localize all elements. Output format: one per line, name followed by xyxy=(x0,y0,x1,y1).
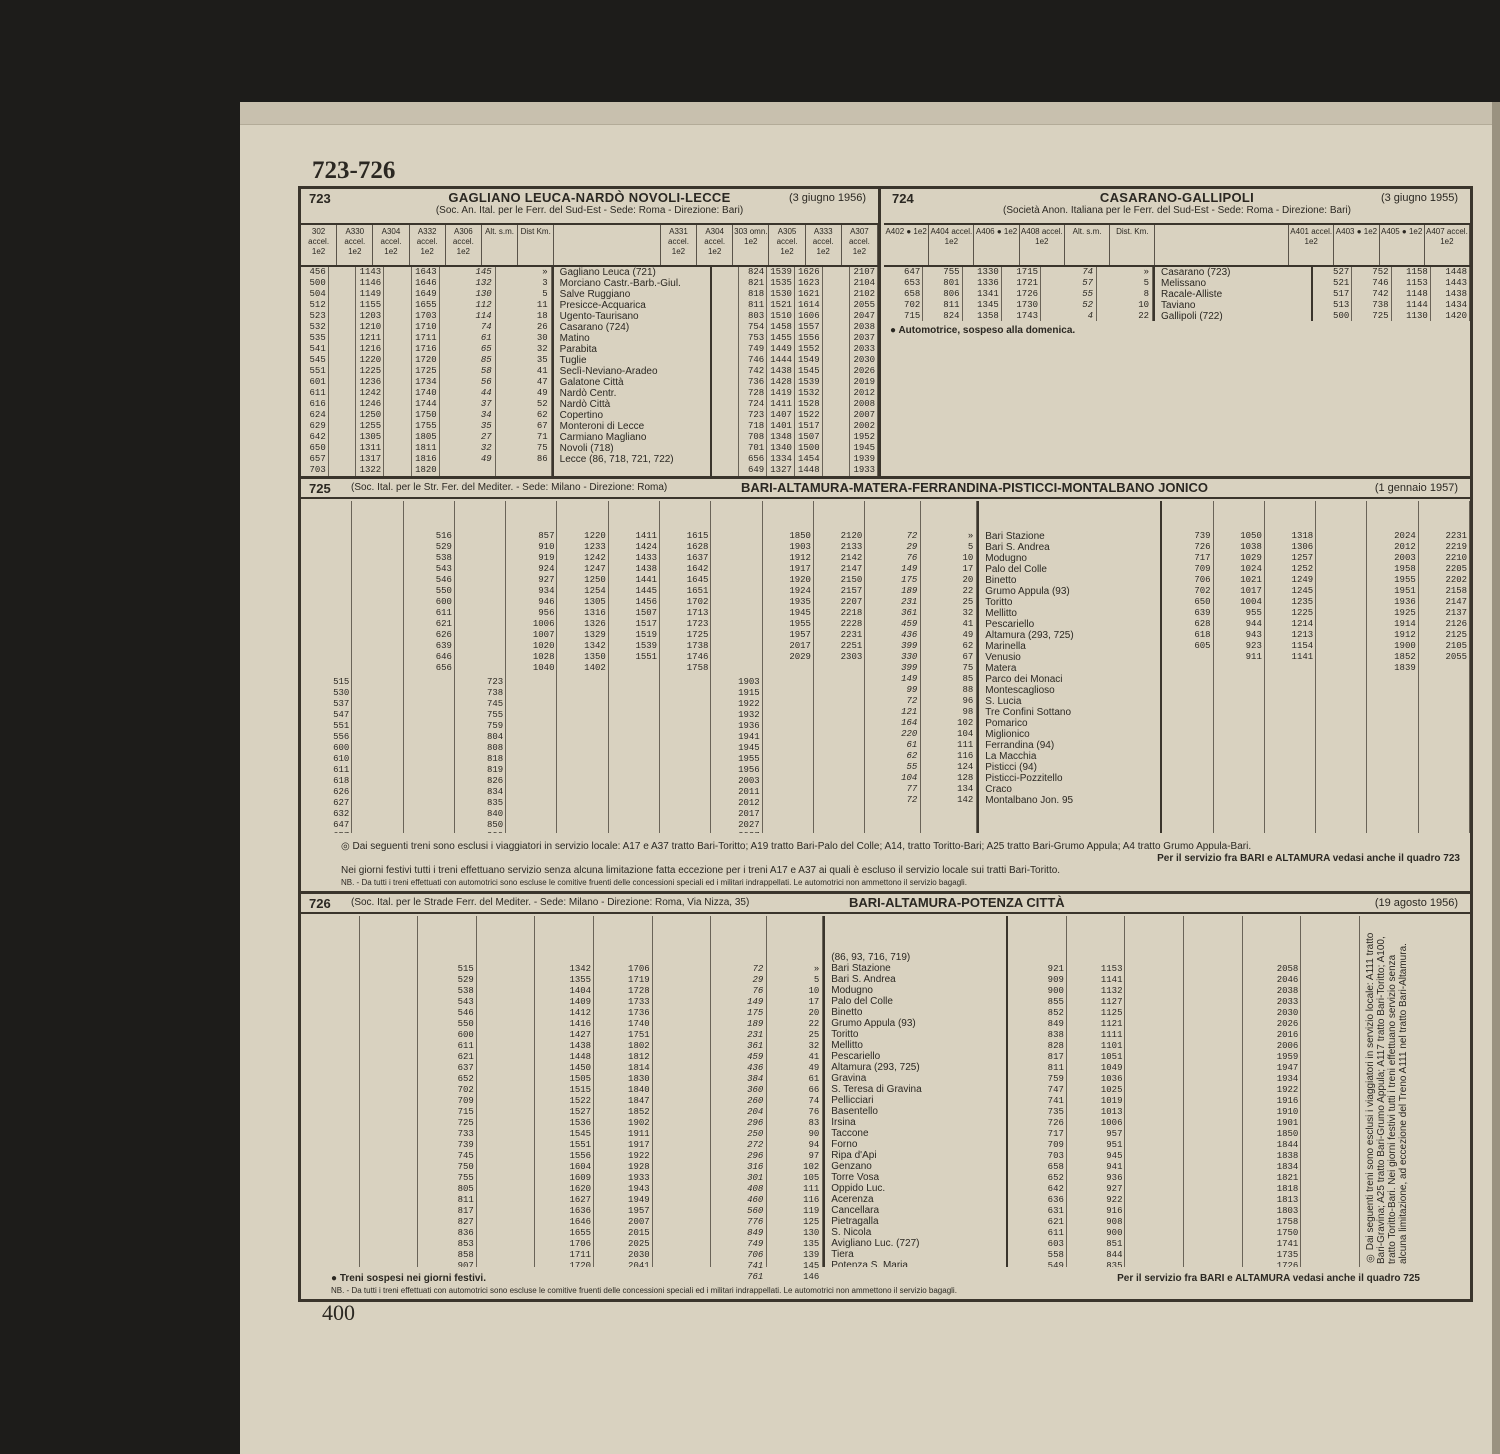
table-operator: (Soc. Ital. per le Str. Fer. del Mediter… xyxy=(351,482,667,493)
note-nb: NB. - Da tutti i treni effettuati con au… xyxy=(341,877,1460,889)
page-top-edge xyxy=(240,102,1500,125)
table-operator: (Soc. An. Ital. per le Ferr. del Sud-Est… xyxy=(301,205,878,216)
times-A101 xyxy=(360,916,419,1267)
table-date: (1 gennaio 1957) xyxy=(1375,482,1458,494)
col-header: A401 accel. 1e2 xyxy=(1289,225,1334,265)
times-A4: 739 726 717 709 706 702 650 639 628 618 … xyxy=(1162,501,1213,833)
times-A120 xyxy=(1301,916,1360,1267)
altitude-col: 145 132 130 112 114 74 61 65 85 58 56 44… xyxy=(440,267,496,476)
col-header: 302 accel. 1e2 xyxy=(301,225,337,265)
times-A306: 1643 1646 1649 1655 1703 1710 1711 1716 … xyxy=(412,267,440,476)
times-A107 xyxy=(477,916,536,1267)
table-725-header: 725 (Soc. Ital. per le Str. Fer. del Med… xyxy=(301,479,1470,499)
page-spine-edge xyxy=(1492,102,1500,1454)
times-A304: 1143 1146 1149 1155 1203 1210 1211 1216 … xyxy=(356,267,384,476)
times-A7: 723 738 745 755 759 804 808 818 819 826 … xyxy=(455,501,506,833)
times-A118: 2058 2046 2038 2033 2030 2026 2016 2006 … xyxy=(1243,916,1302,1267)
table-date: (3 giugno 1955) xyxy=(1381,192,1458,204)
col-header-stations xyxy=(554,225,661,265)
table-operator: (Società Anon. Italiana per le Ferr. del… xyxy=(884,205,1470,216)
col-header: A332 accel. 1e2 xyxy=(410,225,446,265)
times-A33: 1615 1628 1637 1642 1645 1651 1702 1713 … xyxy=(660,501,711,833)
col-header: A408 accel. 1e2 xyxy=(1020,225,1065,265)
times-A307: 2107 2104 2102 2055 2047 2038 2037 2033 … xyxy=(850,267,878,476)
col-header: A306 accel. 1e2 xyxy=(446,225,482,265)
column-headers: 302 accel. 1e2 A330 accel. 1e2 A304 acce… xyxy=(301,225,878,267)
timetable-page: 723-726 723 GAGLIANO LEUCA-NARDÒ NOVOLI-… xyxy=(240,102,1500,1454)
table-724: 724 CASARANO-GALLIPOLI (Società Anon. It… xyxy=(884,189,1470,339)
distance-col: » 5 8 10 22 xyxy=(1097,267,1153,321)
altitude-col: 72 29 76 149 175 189 231 361 459 436 399… xyxy=(865,501,921,833)
col-header: A406 ● 1e2 xyxy=(974,225,1019,265)
times-302: 456 500 504 512 523 532 535 541 545 551 … xyxy=(301,267,329,476)
col-header: Alt. s.m. xyxy=(482,225,518,265)
times-A119 xyxy=(653,916,712,1267)
table-operator: (Soc. Ital. per le Strade Ferr. del Medi… xyxy=(351,897,749,908)
times-A332 xyxy=(384,267,412,476)
times-A22: 1318 1306 1257 1252 1249 1245 1235 1225 … xyxy=(1265,501,1316,833)
times-A1: 515 530 537 547 551 556 600 610 611 618 … xyxy=(301,501,352,833)
note-cross-reference: Per il servizio fra BARI e ALTAMURA veda… xyxy=(1117,1273,1420,1285)
times-A103 xyxy=(301,916,360,1267)
col-header: A305 accel. 1e2 xyxy=(769,225,805,265)
times-A25: 1411 1424 1433 1438 1441 1445 1456 1507 … xyxy=(609,501,660,833)
table-726: 726 (Soc. Ital. per le Strade Ferr. del … xyxy=(301,894,1470,1299)
station-list: (86, 93, 716, 719) Bari Stazione Bari S.… xyxy=(823,916,1008,1267)
times-A30 xyxy=(1316,501,1367,833)
note-local-service: ◎ Dai seguenti treni sono esclusi i viag… xyxy=(341,841,1460,853)
times-A402: 647 653 658 702 715 xyxy=(884,267,923,321)
timetable-frame: 723 GAGLIANO LEUCA-NARDÒ NOVOLI-LECCE (S… xyxy=(298,186,1473,1302)
times-A331 xyxy=(712,267,740,476)
times-A330 xyxy=(329,267,357,476)
col-header: A330 accel. 1e2 xyxy=(337,225,373,265)
times-A37: 1850 1903 1912 1917 1920 1924 1935 1945 … xyxy=(763,501,814,833)
times-438: 2231 2219 2210 2205 2202 2158 2147 2137 … xyxy=(1419,501,1470,833)
times-A305: 1626 1623 1621 1614 1606 1557 1556 1552 … xyxy=(795,267,823,476)
times-A304r: 824 821 818 811 803 754 753 749 746 742 … xyxy=(739,267,767,476)
table-723: 723 GAGLIANO LEUCA-NARDÒ NOVOLI-LECCE (S… xyxy=(301,189,881,476)
table-title: BARI-ALTAMURA-MATERA-FERRANDINA-PISTICCI… xyxy=(741,480,1208,495)
timetable-grid: 647 653 658 702 715 755 801 806 811 824 … xyxy=(884,267,1470,321)
times-A45: 2120 2133 2142 2147 2150 2157 2207 2218 … xyxy=(814,501,865,833)
altitude-col: 72 29 76 149 175 189 231 361 459 436 384… xyxy=(711,916,767,1267)
col-header: A333 accel. 1e2 xyxy=(806,225,842,265)
table-726-header: 726 (Soc. Ital. per le Strade Ferr. del … xyxy=(301,894,1470,914)
times-A117: 1706 1719 1728 1733 1736 1740 1751 1802 … xyxy=(594,916,653,1267)
times-A333 xyxy=(823,267,851,476)
col-header: A307 accel. 1e2 xyxy=(842,225,878,265)
table-date: (19 agosto 1956) xyxy=(1375,897,1458,909)
col-header: A304 accel. 1e2 xyxy=(697,225,733,265)
timetable-grid: 515 529 538 543 546 550 600 611 621 637 … xyxy=(301,916,1360,1267)
times-A105: 515 529 538 543 546 550 600 611 621 637 … xyxy=(418,916,477,1267)
times-A406: 1330 1336 1341 1345 1358 xyxy=(963,267,1002,321)
table-723-header: 723 GAGLIANO LEUCA-NARDÒ NOVOLI-LECCE (S… xyxy=(301,189,878,225)
col-header: Alt. s.m. xyxy=(1065,225,1110,265)
timetable-grid: 456 500 504 512 523 532 535 541 545 551 … xyxy=(301,267,878,476)
table-number: 725 xyxy=(309,481,331,496)
note-cross-reference: Per il servizio fra BARI e ALTAMURA veda… xyxy=(341,853,1460,865)
col-header: Dist Km. xyxy=(518,225,554,265)
distance-col: » 3 5 11 18 26 30 32 35 41 47 49 52 62 6… xyxy=(496,267,552,476)
times-A401: 527 521 517 513 500 xyxy=(1313,267,1352,321)
col-header: A402 ● 1e2 xyxy=(884,225,929,265)
times-A15: 857 910 919 924 927 934 946 956 1006 100… xyxy=(506,501,557,833)
column-headers: A402 ● 1e2 A404 accel. 1e2 A406 ● 1e2 A4… xyxy=(884,225,1470,267)
table-724-footnote: ● Automotrice, sospeso alla domenica. xyxy=(890,325,1075,337)
timetable-grid: 515 530 537 547 551 556 600 610 611 618 … xyxy=(301,501,1470,833)
table-724-header: 724 CASARANO-GALLIPOLI (Società Anon. It… xyxy=(884,189,1470,225)
col-header-stations xyxy=(1155,225,1289,265)
station-list: Gagliano Leuca (721) Morciano Castr.-Bar… xyxy=(552,267,712,476)
times-303: 1539 1535 1530 1521 1510 1458 1455 1449 … xyxy=(767,267,795,476)
table-title: BARI-ALTAMURA-POTENZA CITTÀ xyxy=(849,895,1065,910)
col-header: A407 accel. 1e2 xyxy=(1425,225,1470,265)
distance-col: » 5 10 17 20 22 25 32 41 49 61 66 74 76 … xyxy=(767,916,823,1267)
col-header: 303 omn. 1e2 xyxy=(733,225,769,265)
col-header: A405 ● 1e2 xyxy=(1380,225,1425,265)
col-header: Dist. Km. xyxy=(1110,225,1155,265)
page-number: 400 xyxy=(322,1300,355,1326)
times-A18: 1050 1038 1029 1024 1021 1017 1004 955 9… xyxy=(1214,501,1265,833)
note-holidays: Nei giorni festivi tutti i treni effettu… xyxy=(341,865,1460,877)
distance-col: » 5 10 17 20 22 25 32 41 49 62 67 75 85 … xyxy=(921,501,977,833)
col-header: A403 ● 1e2 xyxy=(1334,225,1379,265)
times-A17: 1220 1233 1242 1247 1250 1254 1305 1316 … xyxy=(557,501,608,833)
table-726-notes: ● Treni sospesi nei giorni festivi. Per … xyxy=(331,1273,1460,1297)
times-A40: 2024 2012 2003 1958 1955 1951 1936 1925 … xyxy=(1367,501,1418,833)
table-number: 726 xyxy=(309,896,331,911)
side-note: ◎ Dai seguenti treni sono esclusi i viag… xyxy=(1365,924,1440,1264)
times-A114 xyxy=(1184,916,1243,1267)
times-A405: 1158 1153 1148 1144 1130 xyxy=(1392,267,1431,321)
times-A111: 1342 1355 1404 1409 1412 1416 1427 1438 … xyxy=(535,916,594,1267)
station-list: Casarano (723) Melissano Racale-Alliste … xyxy=(1153,267,1313,321)
times-A5 xyxy=(352,501,403,833)
table-725: 725 (Soc. Ital. per le Str. Fer. del Med… xyxy=(301,479,1470,891)
times-A3: 516 529 538 543 546 550 600 611 621 626 … xyxy=(404,501,455,833)
times-A103-up: 1153 1141 1132 1127 1125 1121 1111 1101 … xyxy=(1067,916,1126,1267)
col-header: A304 accel. 1e2 xyxy=(373,225,409,265)
times-A33-lower: 1903 1915 1922 1932 1936 1941 1945 1955 … xyxy=(711,501,762,833)
col-header: A404 accel. 1e2 xyxy=(929,225,974,265)
times-A404: 755 801 806 811 824 xyxy=(923,267,962,321)
col-header: A331 accel. 1e2 xyxy=(661,225,697,265)
times-A403: 752 746 742 738 725 xyxy=(1352,267,1391,321)
station-list: Bari Stazione Bari S. Andrea Modugno Pal… xyxy=(977,501,1162,833)
note-nb: NB. - Da tutti i treni effettuati con au… xyxy=(331,1285,1460,1297)
times-A408: 1715 1721 1726 1730 1743 xyxy=(1002,267,1041,321)
page-code: 723-726 xyxy=(312,157,395,185)
times-A110 xyxy=(1125,916,1184,1267)
table-date: (3 giugno 1956) xyxy=(789,192,866,204)
table-725-notes: ◎ Dai seguenti treni sono esclusi i viag… xyxy=(341,841,1460,889)
times-A100: 921 909 900 855 852 849 838 828 817 811 … xyxy=(1008,916,1067,1267)
times-A407: 1448 1443 1438 1434 1420 xyxy=(1431,267,1470,321)
altitude-col: 74 57 55 52 4 xyxy=(1041,267,1097,321)
